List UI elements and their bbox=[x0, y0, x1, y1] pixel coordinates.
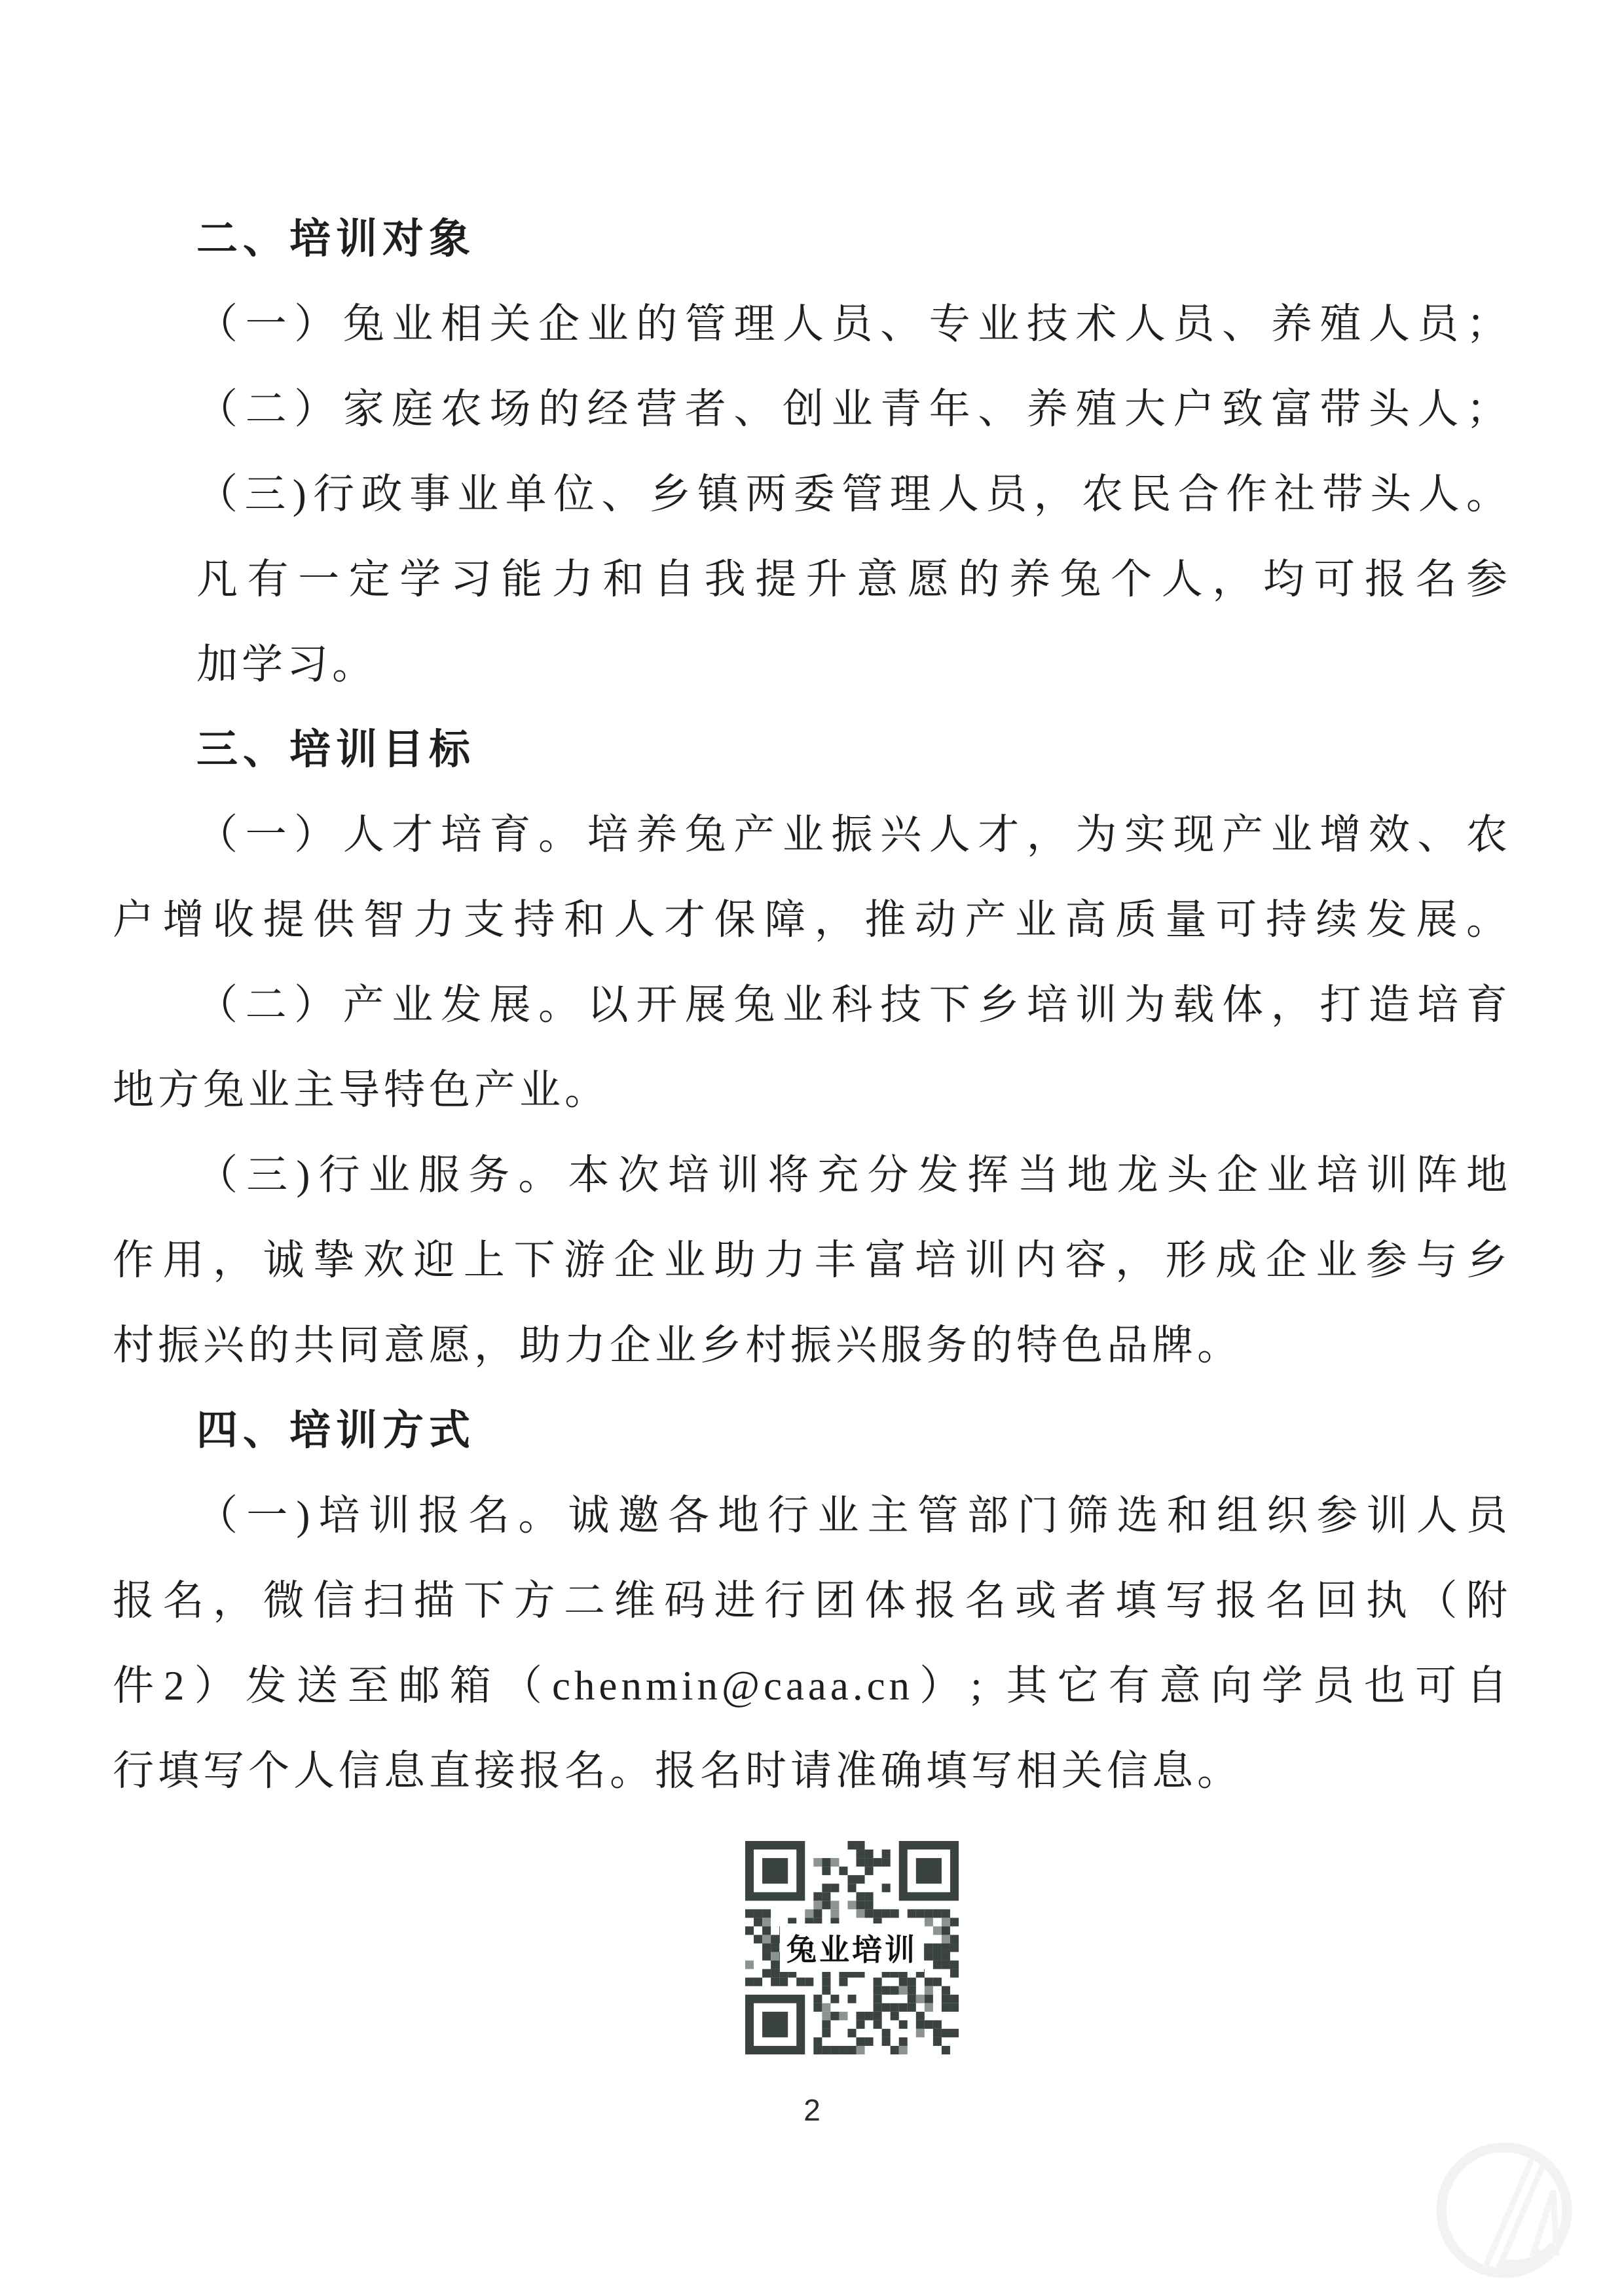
text-line: （二）家庭农场的经营者、创业青年、养殖大户致富带头人； bbox=[113, 367, 1511, 452]
text-line: 作用，诚挚欢迎上下游企业助力丰富培训内容，形成企业参与乡 bbox=[113, 1218, 1511, 1303]
text-line: 户增收提供智力支持和人才保障，推动产业高质量可持续发展。 bbox=[113, 877, 1511, 962]
text-line: 加学习。 bbox=[113, 622, 1511, 707]
text-line: 凡有一定学习能力和自我提升意愿的养兔个人，均可报名参 bbox=[113, 537, 1511, 622]
text-line: （一)培训报名。诚邀各地行业主管部门筛选和组织参训人员 bbox=[113, 1473, 1511, 1558]
text-line: （三)行政事业单位、乡镇两委管理人员，农民合作社带头人。 bbox=[113, 452, 1511, 537]
text-line: 件2）发送至邮箱（chenmin@caaa.cn）; 其它有意向学员也可自 bbox=[113, 1643, 1511, 1728]
text-line: 行填写个人信息直接报名。报名时请准确填写相关信息。 bbox=[113, 1728, 1511, 1813]
text-line: （二）产业发展。以开展兔业科技下乡培训为载体，打造培育 bbox=[113, 962, 1511, 1048]
text-line: 村振兴的共同意愿，助力企业乡村振兴服务的特色品牌。 bbox=[113, 1303, 1511, 1388]
text-line: （一）人才培育。培养兔产业振兴人才，为实现产业增效、农 bbox=[113, 792, 1511, 877]
text-line: 地方兔业主导特色产业。 bbox=[113, 1048, 1511, 1133]
text-line: （三)行业服务。本次培训将充分发挥当地龙头企业培训阵地 bbox=[113, 1133, 1511, 1218]
text-line: （一）兔业相关企业的管理人员、专业技术人员、养殖人员； bbox=[113, 282, 1511, 367]
document-body: 二、培训对象（一）兔业相关企业的管理人员、专业技术人员、养殖人员；（二）家庭农场… bbox=[113, 196, 1511, 1813]
text-line: 报名，微信扫描下方二维码进行团体报名或者填写报名回执（附 bbox=[113, 1558, 1511, 1643]
document-page: 二、培训对象（一）兔业相关企业的管理人员、专业技术人员、养殖人员；（二）家庭农场… bbox=[0, 0, 1624, 2296]
watermark-logo bbox=[1422, 2128, 1586, 2292]
qr-label-text: 兔业培训 bbox=[786, 1933, 917, 1967]
section-heading: 二、培训对象 bbox=[113, 196, 1511, 282]
section-heading: 三、培训目标 bbox=[113, 707, 1511, 792]
section-heading: 四、培训方式 bbox=[113, 1388, 1511, 1473]
qr-label: 兔业培训 bbox=[780, 1923, 924, 1972]
qr-code: 兔业培训 bbox=[745, 1841, 959, 2054]
page-number: 2 bbox=[0, 2092, 1624, 2128]
